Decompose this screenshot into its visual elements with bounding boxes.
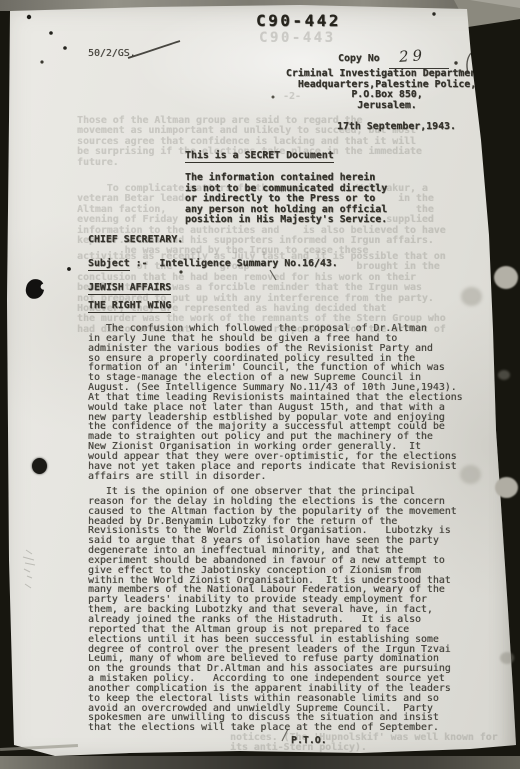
stain: [461, 287, 482, 306]
punch-hole-behind: [495, 477, 518, 498]
section-heading-text: JEWISH AFFAIRS: [88, 282, 171, 295]
text-line: that the elections will take place at th…: [88, 723, 457, 733]
letterhead: Criminal Investigation Department,Headqu…: [280, 69, 494, 111]
text-line: Criminal Investigation Department,: [280, 69, 494, 80]
subject-separator: :-: [130, 258, 160, 269]
pen-tick-subject: [268, 269, 278, 281]
text-line: affairs are still in disorder.: [88, 472, 463, 482]
text-line: or indirectly to the Press or to: [185, 194, 387, 205]
subject-label: Subject: [88, 258, 130, 271]
copy-number-handwritten: 29: [398, 46, 426, 66]
subsection-heading-text: THE RIGHT WING: [88, 300, 171, 313]
page-turn-over: P.T.O.: [291, 736, 327, 746]
background-sheet-edge-bottom: [0, 756, 520, 769]
punch-hole-behind: [498, 370, 510, 380]
secret-heading-text: This is a SECRET Document: [185, 150, 334, 163]
text-line: Jerusalem.: [280, 101, 494, 112]
body-paragraph: The confusion which followed the proposa…: [88, 324, 463, 482]
document-date: 17th September,1943.: [337, 122, 456, 132]
stain: [460, 465, 481, 484]
text-line: its anti-Stern policy).: [230, 743, 498, 753]
secret-heading: This is a SECRET Document: [185, 151, 334, 161]
punch-hole: [24, 277, 46, 300]
pen-tick-footer: [280, 728, 290, 742]
subject-value: Intelligence Summary No.16/43.: [159, 258, 337, 269]
bleedthrough-text-block: notices. (The 'Hupnolskif' was well know…: [230, 733, 498, 754]
document-page: -2- Those of the Altman group are said t…: [0, 0, 520, 769]
reference-stamp: C90-442: [256, 16, 341, 26]
punch-hole-behind: [500, 652, 514, 664]
secret-notice: The information contained hereinis not t…: [185, 173, 387, 226]
addressee: CHIEF SECRETARY.: [88, 235, 183, 245]
pen-stray-mark: [463, 52, 475, 74]
punch-hole-behind: [494, 266, 518, 289]
copy-number-label: Copy No: [338, 54, 380, 64]
subsection-heading: THE RIGHT WING: [88, 301, 171, 311]
text-line: The information contained herein: [185, 173, 387, 184]
punch-hole: [32, 458, 47, 474]
subject-line: Subject :- Intelligence Summary No.16/43…: [88, 259, 338, 269]
pen-checkmark: [124, 38, 184, 62]
scanned-document-photo: -2- Those of the Altman group are said t…: [0, 0, 520, 769]
pencil-scribble: [20, 548, 40, 592]
body-paragraph: It is the opinion of one observer that t…: [88, 487, 457, 733]
text-line: position in His Majesty's Service.: [185, 215, 387, 226]
section-heading: JEWISH AFFAIRS: [88, 283, 171, 293]
reference-stamp-ghost: C90-443: [259, 33, 336, 43]
